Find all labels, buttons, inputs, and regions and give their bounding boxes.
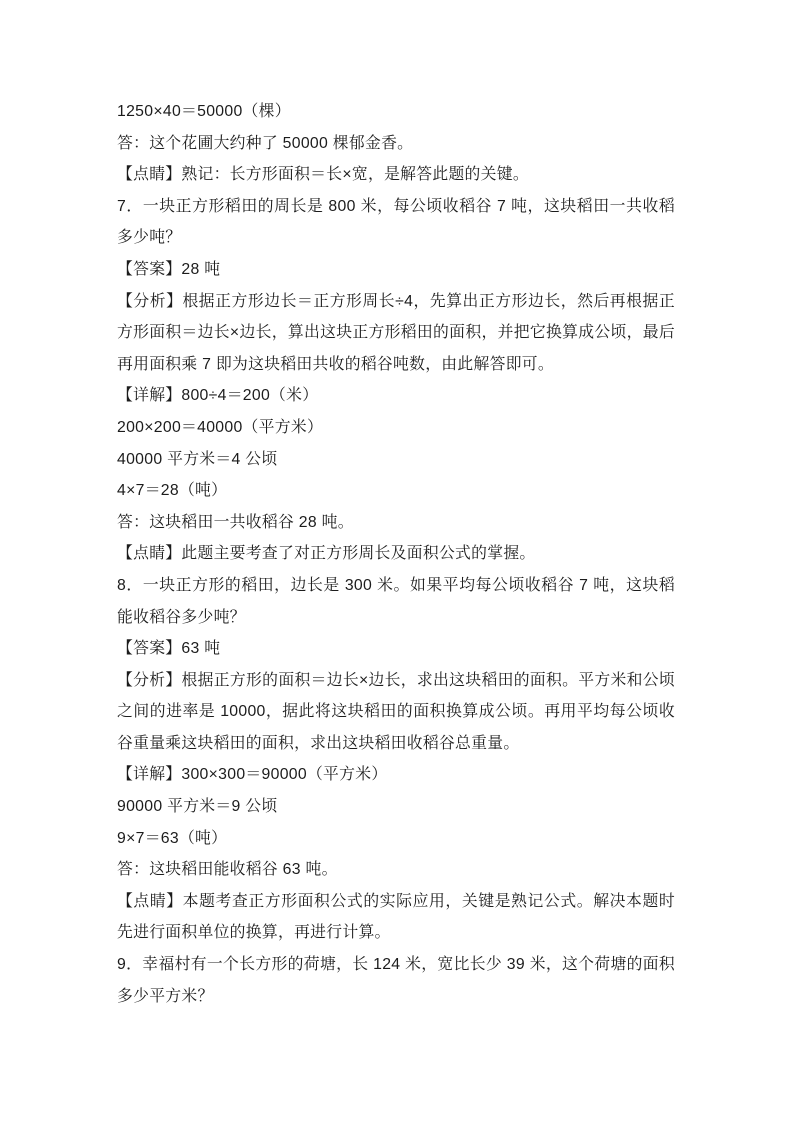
analysis-8-cont: 之间的进率是 10000，据此将这块稻田的面积换算成公顷。再用平均每公顷收稻	[117, 696, 675, 728]
solution-7-step-2: 200×200＝40000（平方米）	[117, 412, 675, 444]
solution-7-step-1: 【详解】800÷4＝200（米）	[117, 380, 675, 412]
document-page: 1250×40＝50000（棵） 答：这个花圃大约种了 50000 棵郁金香。 …	[0, 0, 793, 1122]
analysis-7-cont: 方形面积＝边长×边长，算出这块正方形稻田的面积，并把它换算成公顷，最后	[117, 317, 675, 349]
question-8-cont: 能收稻谷多少吨？	[117, 602, 675, 634]
analysis-7: 【分析】根据正方形边长＝正方形周长÷4，先算出正方形边长，然后再根据正	[117, 286, 675, 318]
answer-sentence-7: 答：这块稻田一共收稻谷 28 吨。	[117, 507, 675, 539]
answer-label-8: 【答案】63 吨	[117, 633, 675, 665]
answer-sentence-8: 答：这块稻田能收稻谷 63 吨。	[117, 854, 675, 886]
analysis-8: 【分析】根据正方形的面积＝边长×边长，求出这块稻田的面积。平方米和公顷	[117, 665, 675, 697]
solution-8-step-2: 90000 平方米＝9 公顷	[117, 791, 675, 823]
answer-sentence: 答：这个花圃大约种了 50000 棵郁金香。	[117, 128, 675, 160]
key-point-note-8-end: 先进行面积单位的换算，再进行计算。	[117, 917, 675, 949]
answer-label-7: 【答案】28 吨	[117, 254, 675, 286]
solution-8-step-1: 【详解】300×300＝90000（平方米）	[117, 759, 675, 791]
question-9-cont: 多少平方米？	[117, 981, 675, 1013]
solution-8-step-3: 9×7＝63（吨）	[117, 823, 675, 855]
solution-7-step-4: 4×7＝28（吨）	[117, 475, 675, 507]
solution-7-step-3: 40000 平方米＝4 公顷	[117, 444, 675, 476]
question-9: 9．幸福村有一个长方形的荷塘，长 124 米，宽比长少 39 米，这个荷塘的面积…	[117, 949, 675, 981]
analysis-7-end: 再用面积乘 7 即为这块稻田共收的稻谷吨数，由此解答即可。	[117, 349, 675, 381]
key-point-note: 【点睛】熟记：长方形面积＝长×宽，是解答此题的关键。	[117, 159, 675, 191]
key-point-note-8: 【点睛】本题考查正方形面积公式的实际应用，关键是熟记公式。解决本题时应	[117, 886, 675, 918]
text-body: 1250×40＝50000（棵） 答：这个花圃大约种了 50000 棵郁金香。 …	[117, 96, 675, 1012]
question-7: 7．一块正方形稻田的周长是 800 米，每公顷收稻谷 7 吨，这块稻田一共收稻谷	[117, 191, 675, 223]
key-point-note-7: 【点睛】此题主要考查了对正方形周长及面积公式的掌握。	[117, 538, 675, 570]
calc-line: 1250×40＝50000（棵）	[117, 96, 675, 128]
analysis-8-end: 谷重量乘这块稻田的面积，求出这块稻田收稻谷总重量。	[117, 728, 675, 760]
question-8: 8．一块正方形的稻田，边长是 300 米。如果平均每公顷收稻谷 7 吨，这块稻田	[117, 570, 675, 602]
question-7-cont: 多少吨？	[117, 222, 675, 254]
